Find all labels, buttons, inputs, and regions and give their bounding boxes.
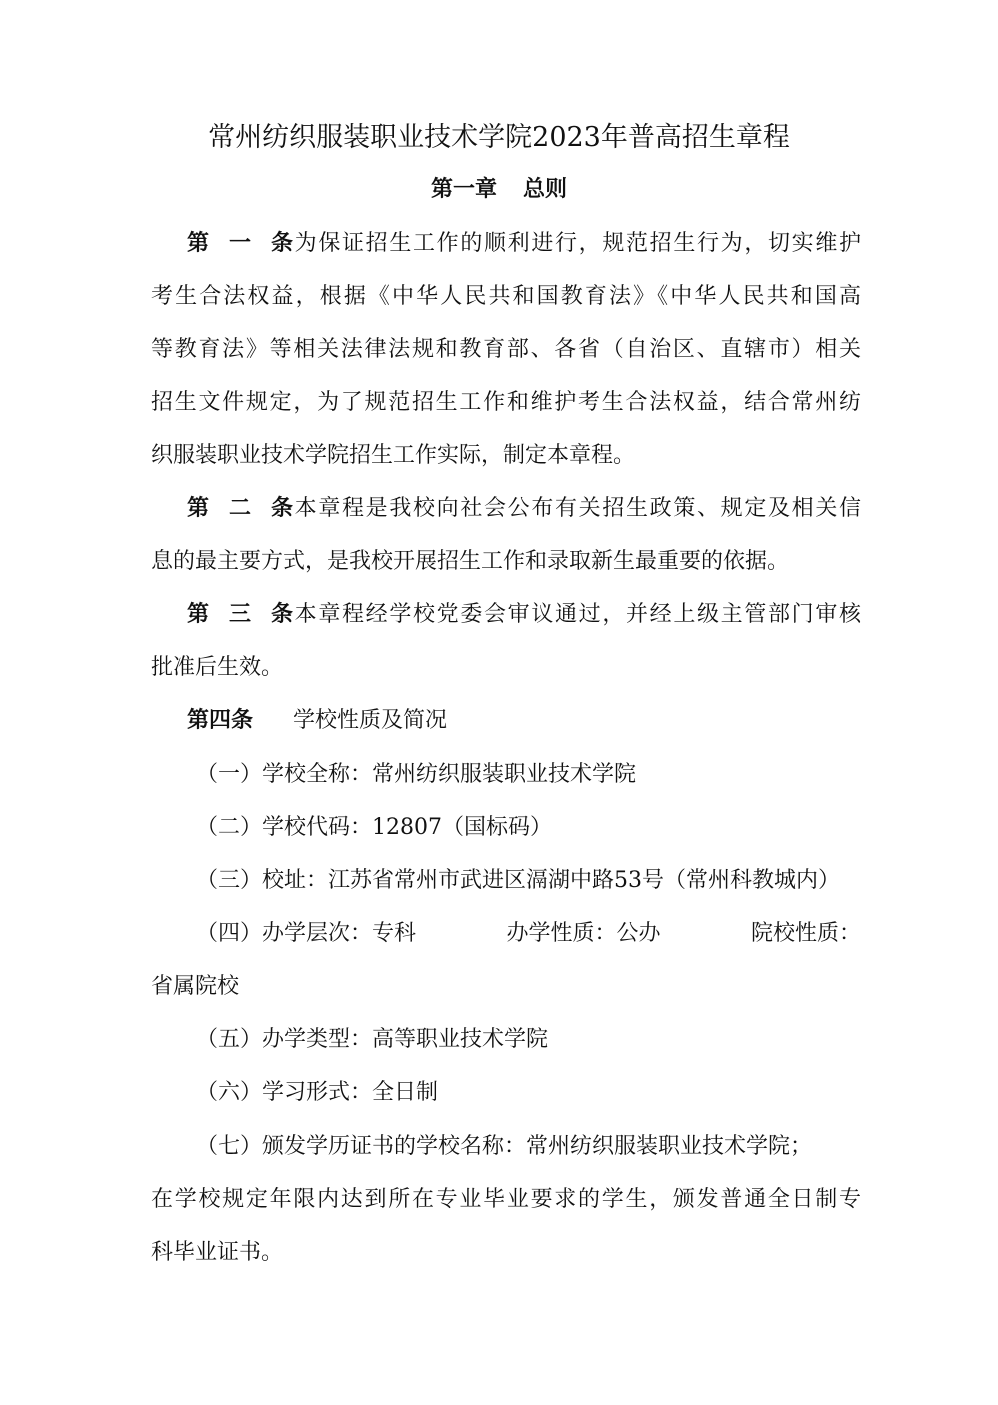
- article-label: 第一条: [187, 227, 293, 261]
- item-school-type: （五）办学类型：高等职业技术学院: [196, 1023, 861, 1057]
- school-type-label: 院校性质：: [751, 917, 861, 951]
- article-3-line-2: 批准后生效。: [151, 651, 861, 685]
- item-study-form: （六）学习形式：全日制: [196, 1076, 861, 1110]
- item-school-name: （一）学校全称：常州纺织服装职业技术学院: [196, 758, 861, 792]
- article-1-line-3: 等教育法》等相关法律法规和教育部、各省（自治区、直辖市）相关: [151, 333, 861, 367]
- article-text: 为保证招生工作的顺利进行，规范招生行为，切实维护: [293, 231, 861, 256]
- school-level: （四）办学层次：专科: [196, 917, 416, 951]
- item-address: （三）校址：江苏省常州市武进区滆湖中路53号（常州科教城内）: [196, 864, 861, 898]
- article-label: 第二条: [187, 492, 293, 526]
- school-type-value: 省属院校: [151, 970, 861, 1004]
- article-1-line-2: 考生合法权益，根据《中华人民共和国教育法》《中华人民共和国高: [151, 280, 861, 314]
- article-text: 本章程经学校党委会审议通过，并经上级主管部门审核: [293, 602, 861, 627]
- item-certificate-line-3: 科毕业证书。: [151, 1236, 861, 1270]
- chapter-number: 第一章: [431, 177, 497, 202]
- article-1-line-4: 招生文件规定，为了规范招生工作和维护考生合法权益，结合常州纺: [151, 386, 861, 420]
- school-nature: 办学性质：公办: [506, 917, 660, 951]
- chapter-heading: 第一章总则: [0, 172, 998, 208]
- article-3-line-1: 第三条本章程经学校党委会审议通过，并经上级主管部门审核: [187, 598, 861, 632]
- item-certificate-line-2: 在学校规定年限内达到所在专业毕业要求的学生，颁发普通全日制专: [151, 1183, 861, 1217]
- article-text: 本章程是我校向社会公布有关招生政策、规定及相关信: [293, 496, 861, 521]
- article-1-line-5: 织服装职业技术学院招生工作实际，制定本章程。: [151, 439, 861, 473]
- article-4-line-1: 第四条学校性质及简况: [187, 704, 861, 738]
- document-page: 常州纺织服装职业技术学院2023年普高招生章程 第一章总则 第一条为保证招生工作…: [0, 0, 998, 1405]
- article-2-line-2: 息的最主要方式，是我校开展招生工作和录取新生最重要的依据。: [151, 545, 861, 579]
- item-certificate-line-1: （七）颁发学历证书的学校名称：常州纺织服装职业技术学院；: [196, 1130, 861, 1164]
- article-label: 第三条: [187, 598, 293, 632]
- article-2-line-1: 第二条本章程是我校向社会公布有关招生政策、规定及相关信: [187, 492, 861, 526]
- document-title: 常州纺织服装职业技术学院2023年普高招生章程: [0, 118, 998, 158]
- article-1-line-1: 第一条为保证招生工作的顺利进行，规范招生行为，切实维护: [187, 227, 861, 261]
- chapter-name: 总则: [523, 177, 567, 202]
- article-text: 学校性质及简况: [293, 708, 447, 733]
- item-school-code: （二）学校代码：12807（国标码）: [196, 811, 861, 845]
- article-label: 第四条: [187, 704, 293, 738]
- item-school-level: （四）办学层次：专科 办学性质：公办 院校性质：: [196, 917, 861, 951]
